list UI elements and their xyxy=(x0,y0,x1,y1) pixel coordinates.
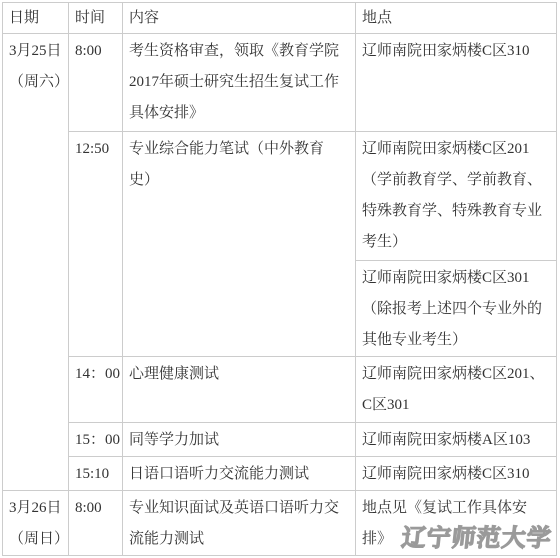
day1-session2-location-a: 辽师南院田家炳楼C区201 （学前教育学、学前教育、 特殊教育学、特殊教育专业 … xyxy=(356,132,557,261)
day1-session1-content: 考生资格审查，领取《教育学院 2017年硕士研究生招生复试工作 具体安排》 xyxy=(123,34,356,132)
day2-session1-time: 8:00 xyxy=(69,491,123,556)
row-day1-session2a: 12:50 专业综合能力笔试（中外教育 史） 辽师南院田家炳楼C区201 （学前… xyxy=(3,132,557,261)
day1-session2-content: 专业综合能力笔试（中外教育 史） xyxy=(123,132,356,357)
row-day2-session1: 3月26日 （周日） 8:00 专业知识面试及英语口语听力交 流能力测试 地点见… xyxy=(3,491,557,556)
day1-session3-time: 14：00 xyxy=(69,357,123,423)
day1-session5-content: 日语口语听力交流能力测试 xyxy=(123,457,356,491)
row-day1-session4: 15：00 同等学力加试 辽师南院田家炳楼A区103 xyxy=(3,423,557,457)
day1-session2-location-b: 辽师南院田家炳楼C区301 （除报考上述四个专业外的 其他专业考生） xyxy=(356,261,557,357)
header-date: 日期 xyxy=(3,3,69,34)
row-day1-session1: 3月25日 （周六） 8:00 考生资格审查，领取《教育学院 2017年硕士研究… xyxy=(3,34,557,132)
day1-session1-time: 8:00 xyxy=(69,34,123,132)
header-content: 内容 xyxy=(123,3,356,34)
day2-session1-content: 专业知识面试及英语口语听力交 流能力测试 xyxy=(123,491,356,556)
day1-session5-location: 辽师南院田家炳楼C区310 xyxy=(356,457,557,491)
day1-session3-location: 辽师南院田家炳楼C区201、 C区301 xyxy=(356,357,557,423)
day1-session5-time: 15:10 xyxy=(69,457,123,491)
day1-session4-location: 辽师南院田家炳楼A区103 xyxy=(356,423,557,457)
day1-session4-time: 15：00 xyxy=(69,423,123,457)
row-day1-session5: 15:10 日语口语听力交流能力测试 辽师南院田家炳楼C区310 xyxy=(3,457,557,491)
header-location: 地点 xyxy=(356,3,557,34)
day1-session4-content: 同等学力加试 xyxy=(123,423,356,457)
day2-date-cell: 3月26日 （周日） xyxy=(3,491,69,556)
header-row: 日期 时间 内容 地点 xyxy=(3,3,557,34)
day2-session1-location: 地点见《复试工作具体安 排》 xyxy=(356,491,557,556)
day1-session1-location: 辽师南院田家炳楼C区310 xyxy=(356,34,557,132)
day1-session2-time: 12:50 xyxy=(69,132,123,357)
page: 日期 时间 内容 地点 3月25日 （周六） 8:00 考生资格审查，领取《教育… xyxy=(2,2,558,556)
schedule-table: 日期 时间 内容 地点 3月25日 （周六） 8:00 考生资格审查，领取《教育… xyxy=(2,2,557,556)
day1-session3-content: 心理健康测试 xyxy=(123,357,356,423)
header-time: 时间 xyxy=(69,3,123,34)
day1-date-cell: 3月25日 （周六） xyxy=(3,34,69,491)
row-day1-session3: 14：00 心理健康测试 辽师南院田家炳楼C区201、 C区301 xyxy=(3,357,557,423)
